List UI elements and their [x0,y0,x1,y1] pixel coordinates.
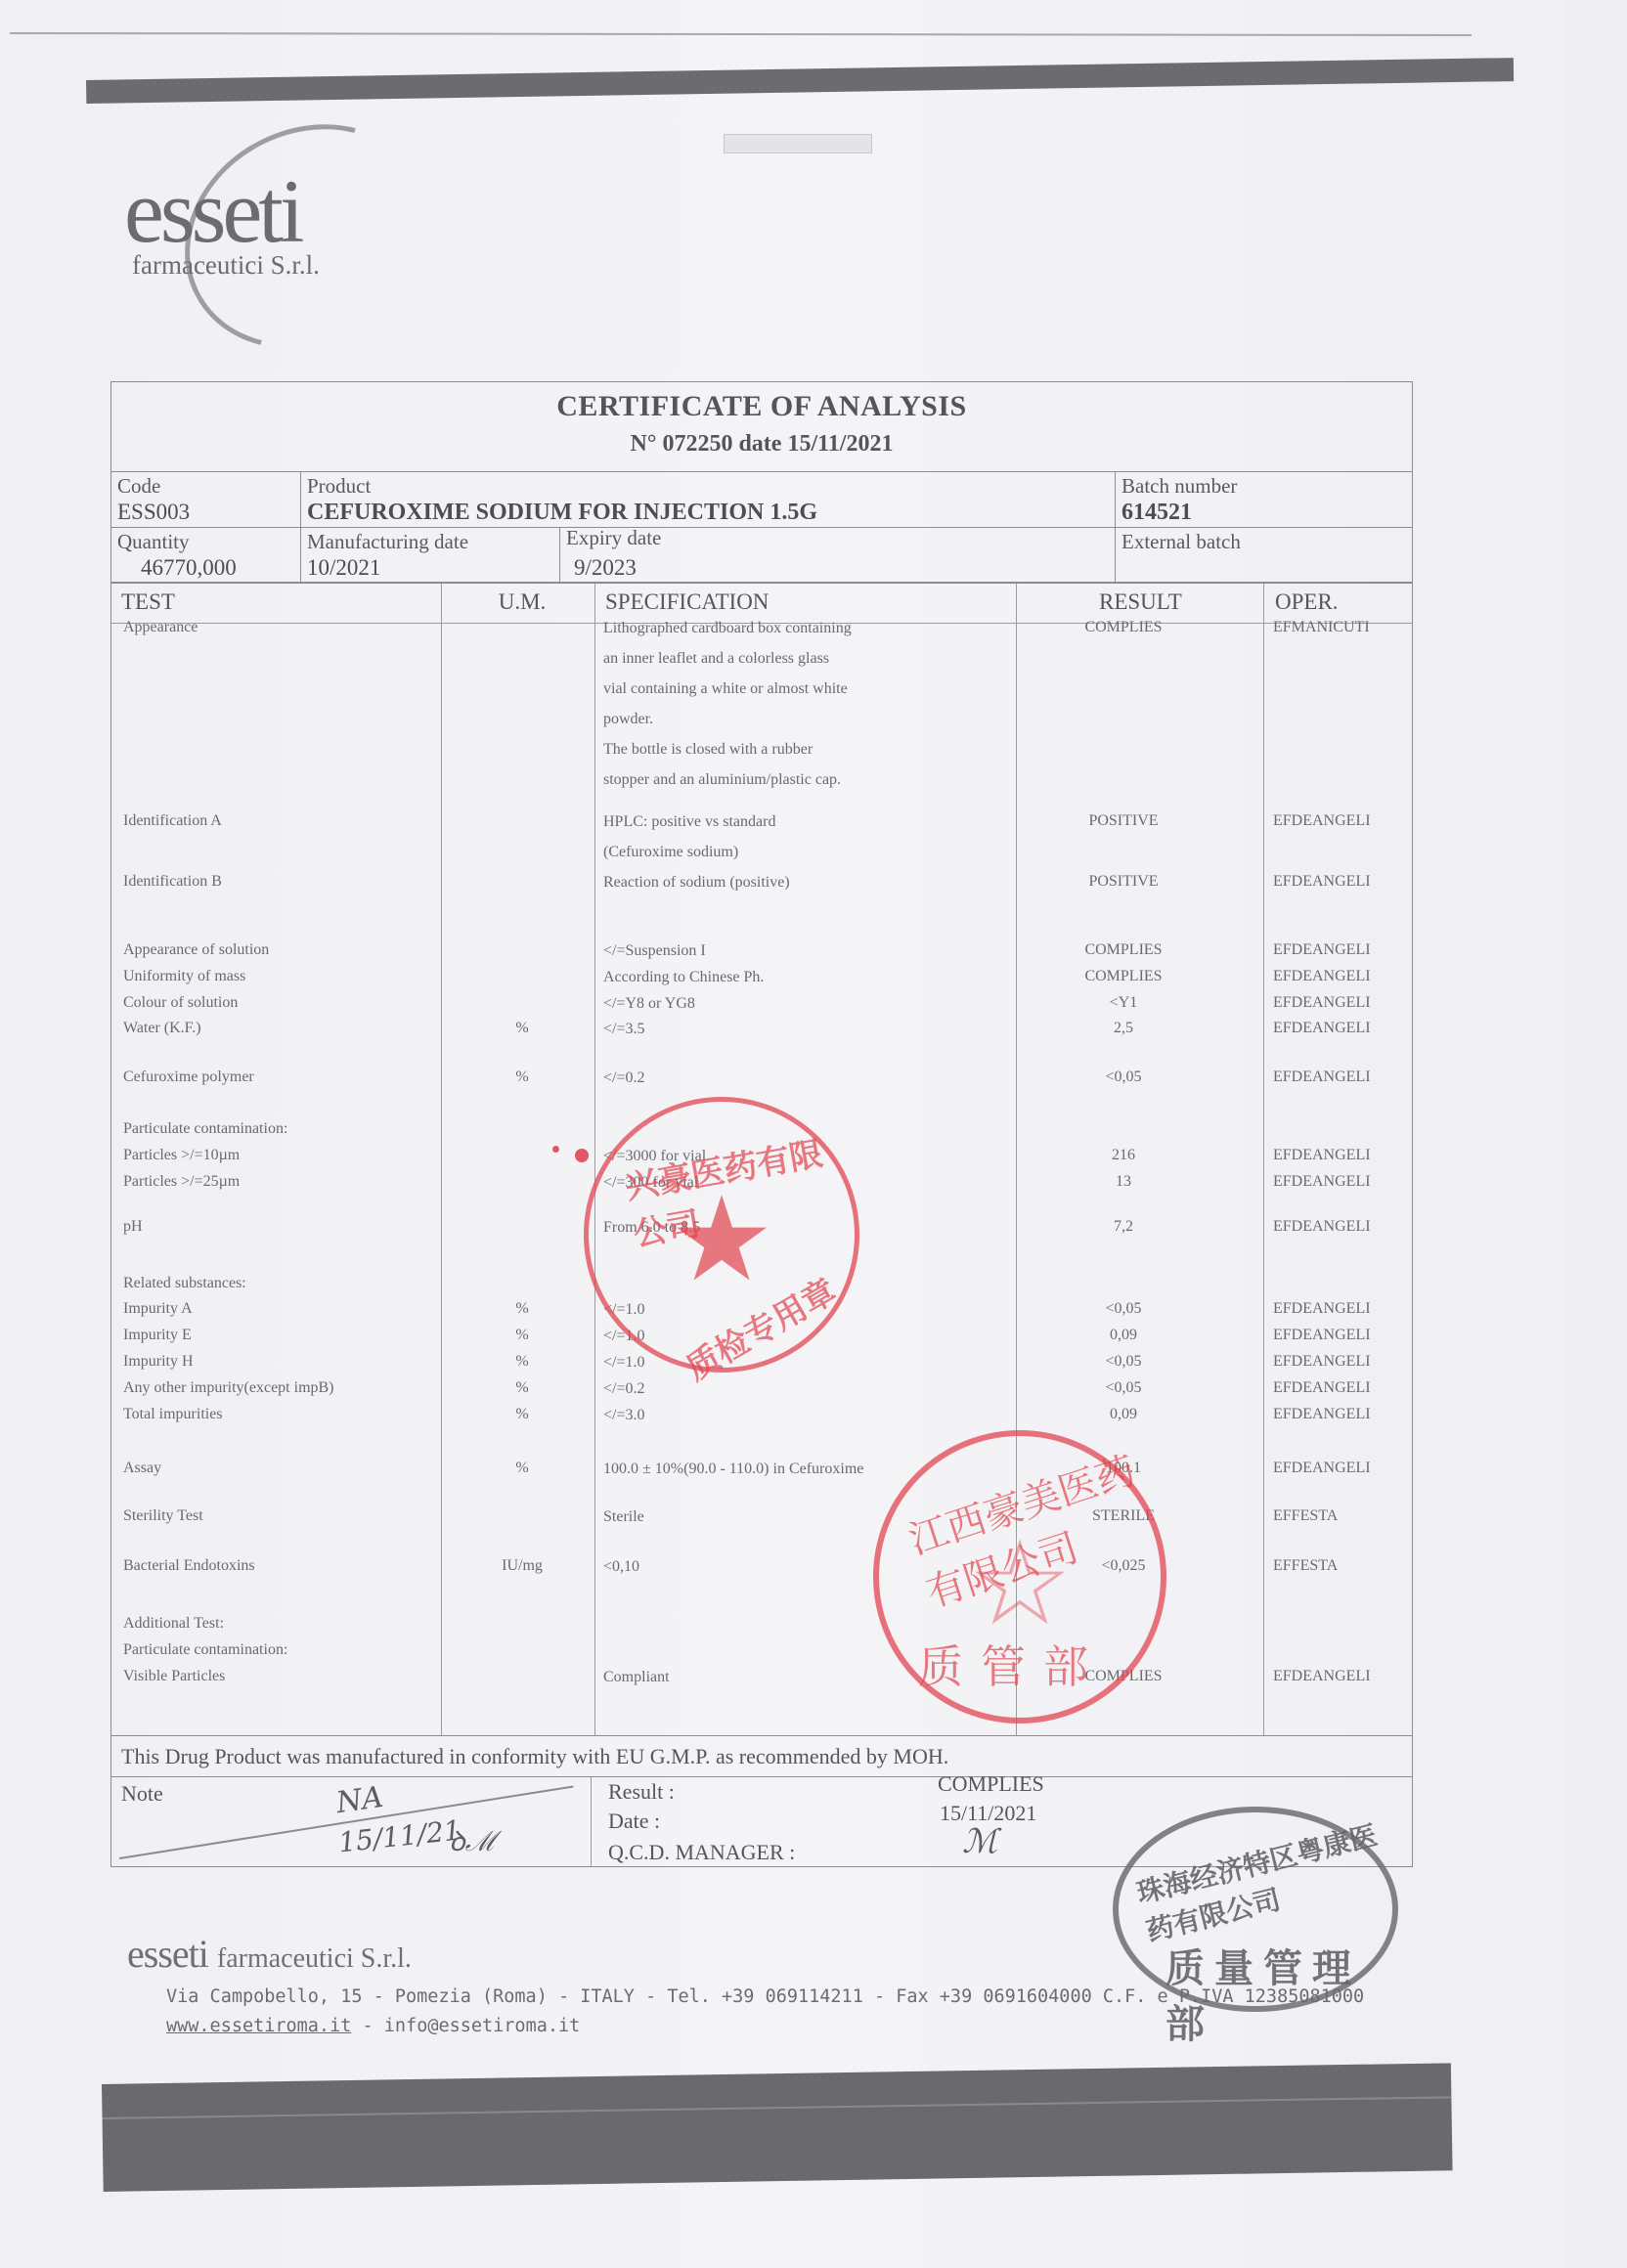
operator-code: EFFESTA [1273,1507,1338,1525]
specification-line: HPLC: positive vs standard [603,807,775,837]
specification-line: powder. [603,704,852,734]
company-logo: esseti farmaceutici S.r.l. [122,129,376,344]
stamp-ring-text: 珠海经济特区粤康医药有限公司 [1132,1812,1398,1950]
company-contact: www.essetiroma.it - info@essetiroma.it [166,2016,580,2036]
header-result: RESULT [1099,589,1182,615]
email-link[interactable]: info@essetiroma.it [384,2016,580,2036]
company-address: Via Campobello, 15 - Pomezia (Roma) - IT… [166,1986,1364,2007]
specification: <0,10 [603,1551,639,1582]
gmp-statement-row: This Drug Product was manufactured in co… [110,1736,1413,1777]
specification: </=3.0 [603,1400,645,1430]
result-value: COMPLIES [938,1771,1044,1797]
operator-code: EFDEANGELI [1273,1668,1371,1685]
website-link[interactable]: www.essetiroma.it [166,2016,351,2036]
operator-code: EFDEANGELI [1273,1406,1371,1423]
result-value: 7,2 [991,1218,1255,1236]
test-name: Appearance [123,619,198,636]
external-batch-label: External batch [1121,530,1241,554]
stamp-center-text: 质管部 [918,1632,1106,1696]
footer-company-word: esseti [127,1932,208,1976]
product-value: CEFUROXIME SODIUM FOR INJECTION 1.5G [307,500,817,526]
result-value: POSITIVE [991,812,1255,830]
unit-of-measure: % [449,1460,595,1477]
gray-qa-stamp: 珠海经济特区粤康医药有限公司 质量管理部 [1113,1807,1398,2012]
column-divider [441,584,442,1735]
test-name: pH [123,1218,143,1236]
operator-code: EFDEANGELI [1273,1173,1371,1191]
code-value: ESS003 [117,500,190,525]
note-label: Note [121,1781,163,1807]
test-name: Related substances: [123,1275,246,1292]
product-label: Product [307,474,371,499]
scan-tab-mark [724,134,872,153]
specification: </=3.5 [603,1014,645,1044]
manufacturing-date-value: 10/2021 [307,555,380,581]
footer-bar [102,2063,1453,2192]
result-value: COMPLIES [991,941,1255,959]
manager-signature-icon: ℳ [962,1822,997,1861]
result-value: POSITIVE [991,873,1255,891]
specification-line: <0,10 [603,1551,639,1582]
operator-code: EFDEANGELI [1273,1379,1371,1397]
operator-code: EFDEANGELI [1273,1147,1371,1164]
gmp-statement: This Drug Product was manufactured in co… [121,1744,948,1769]
batch-value: 614521 [1121,500,1192,526]
operator-code: EFFESTA [1273,1557,1338,1575]
test-name: Uniformity of mass [123,968,245,985]
specification-line: Sterile [603,1502,644,1532]
result-value: 216 [991,1147,1255,1164]
specification: Lithographed cardboard box containingan … [603,613,852,795]
specification: Reaction of sodium (positive) [603,867,790,897]
result-value: <0,05 [991,1069,1255,1086]
test-name: Identification B [123,873,222,891]
footer-divider [591,1777,592,1866]
test-name: Impurity H [123,1353,194,1371]
operator-code: EFDEANGELI [1273,1327,1371,1344]
ink-dot [575,1149,589,1162]
operator-code: EFDEANGELI [1273,873,1371,891]
specification-line: stopper and an aluminium/plastic cap. [603,764,852,795]
operator-code: EFDEANGELI [1273,1069,1371,1086]
specification: Compliant [603,1662,670,1692]
header-test: TEST [121,589,175,615]
contact-separator: - [351,2016,383,2036]
red-quality-stamp: ★ 兴豪医药有限公司 质检专用章 [584,1097,859,1373]
operator-code: EFDEANGELI [1273,994,1371,1012]
specification-line: </=3.0 [603,1400,645,1430]
unit-of-measure: % [449,1406,595,1423]
test-name: Particulate contamination: [123,1641,287,1659]
operator-code: EFDEANGELI [1273,812,1371,830]
code-label: Code [117,474,160,499]
test-name: Cefuroxime polymer [123,1069,254,1086]
unit-of-measure: % [449,1069,595,1086]
test-name: Additional Test: [123,1615,224,1633]
ink-dot [552,1146,559,1153]
test-name: Impurity E [123,1327,192,1344]
red-qa-department-stamp: ☆ 江西豪美医药有限公司 质管部 [873,1430,1166,1723]
operator-code: EFDEANGELI [1273,1353,1371,1371]
header-bar [86,58,1514,104]
certificate-number: N° 072250 date 15/11/2021 [111,431,1412,458]
test-name: Identification A [123,812,222,830]
result-value: 0,09 [991,1327,1255,1344]
specification-line: 100.0 ± 10%(90.0 - 110.0) in Cefuroxime [603,1454,863,1484]
test-name: Particulate contamination: [123,1120,287,1138]
product-cell: Product CEFUROXIME SODIUM FOR INJECTION … [300,471,1116,528]
scanned-page: esseti farmaceutici S.r.l. CERTIFICATE O… [0,0,1627,2268]
certificate-header: CERTIFICATE OF ANALYSIS N° 072250 date 1… [110,381,1413,472]
test-name: Impurity A [123,1300,193,1318]
operator-code: EFDEANGELI [1273,1460,1371,1477]
unit-of-measure: % [449,1353,595,1371]
operator-code: EFDEANGELI [1273,968,1371,985]
test-name: Particles >/=25µm [123,1173,240,1191]
date-label: Date : [608,1809,660,1834]
specification-line: Reaction of sodium (positive) [603,867,790,897]
specification-line: an inner leaflet and a colorless glass [603,643,852,674]
result-value: <0,05 [991,1300,1255,1318]
specification-line: Compliant [603,1662,670,1692]
test-name: Appearance of solution [123,941,269,959]
expiry-date-label: Expiry date [566,526,661,550]
specification-line: (Cefuroxime sodium) [603,837,775,867]
note-initials-icon: ꝺℳ [449,1822,497,1859]
unit-of-measure: % [449,1020,595,1037]
unit-of-measure: % [449,1300,595,1318]
unit-of-measure: % [449,1327,595,1344]
specification-line: </=3.5 [603,1014,645,1044]
test-name: Any other impurity(except impB) [123,1379,334,1397]
result-value: 2,5 [991,1020,1255,1037]
manufacturing-date-cell: Manufacturing date 10/2021 [300,527,560,583]
quantity-label: Quantity [117,530,190,554]
specification-line: vial containing a white or almost white [603,674,852,704]
manager-label: Q.C.D. MANAGER : [608,1840,795,1865]
test-name: Assay [123,1460,161,1477]
result-value: COMPLIES [991,968,1255,985]
batch-label: Batch number [1121,474,1237,499]
column-divider [1263,584,1264,1735]
external-batch-cell: External batch [1115,527,1413,583]
expiry-date-value: 9/2023 [574,555,637,581]
specification-line: The bottle is closed with a rubber [603,734,852,764]
result-value: <Y1 [991,994,1255,1012]
footer-company-name: esseti farmaceutici S.r.l. [127,1931,412,1977]
scan-edge-line [10,32,1472,36]
manufacturing-date-label: Manufacturing date [307,530,468,554]
note-handwritten: NA [334,1780,385,1820]
test-name: Particles >/=10µm [123,1147,240,1164]
operator-code: EFDEANGELI [1273,941,1371,959]
certificate-title: CERTIFICATE OF ANALYSIS [111,390,1412,423]
unit-of-measure: IU/mg [449,1557,595,1575]
test-name: Total impurities [123,1406,223,1423]
specification: Sterile [603,1502,644,1532]
header-specification: SPECIFICATION [605,589,769,615]
specification: HPLC: positive vs standard(Cefuroxime so… [603,807,775,867]
specification-line: Lithographed cardboard box containing [603,613,852,643]
logo-wordmark: esseti [124,166,300,256]
test-name: Sterility Test [123,1507,203,1525]
header-um: U.M. [449,589,595,615]
specification: 100.0 ± 10%(90.0 - 110.0) in Cefuroxime [603,1454,863,1484]
operator-code: EFDEANGELI [1273,1020,1371,1037]
test-name: Colour of solution [123,994,238,1012]
quantity-value: 46770,000 [141,555,237,581]
test-name: Visible Particles [123,1668,225,1685]
operator-code: EFDEANGELI [1273,1218,1371,1236]
logo-subtitle: farmaceutici S.r.l. [132,250,320,281]
specification: </=0.2 [603,1063,645,1093]
result-value: 13 [991,1173,1255,1191]
unit-of-measure: % [449,1379,595,1397]
product-info: Code ESS003 Product CEFUROXIME SODIUM FO… [110,471,1413,583]
quantity-cell: Quantity 46770,000 [110,527,301,583]
header-operator: OPER. [1275,589,1339,615]
batch-cell: Batch number 614521 [1115,471,1413,528]
result-value: <0,05 [991,1353,1255,1371]
footer-company-suffix: farmaceutici S.r.l. [217,1943,412,1974]
test-name: Water (K.F.) [123,1020,201,1037]
result-value: <0,05 [991,1379,1255,1397]
code-cell: Code ESS003 [110,471,301,528]
specification-line: </=0.2 [603,1063,645,1093]
operator-code: EFDEANGELI [1273,1300,1371,1318]
test-name: Bacterial Endotoxins [123,1557,255,1575]
result-value: COMPLIES [991,619,1255,636]
result-label: Result : [608,1779,675,1805]
result-value: 0,09 [991,1406,1255,1423]
expiry-date-cell: Expiry date 9/2023 [559,527,1116,583]
operator-code: EFMANICUTI [1273,619,1370,636]
